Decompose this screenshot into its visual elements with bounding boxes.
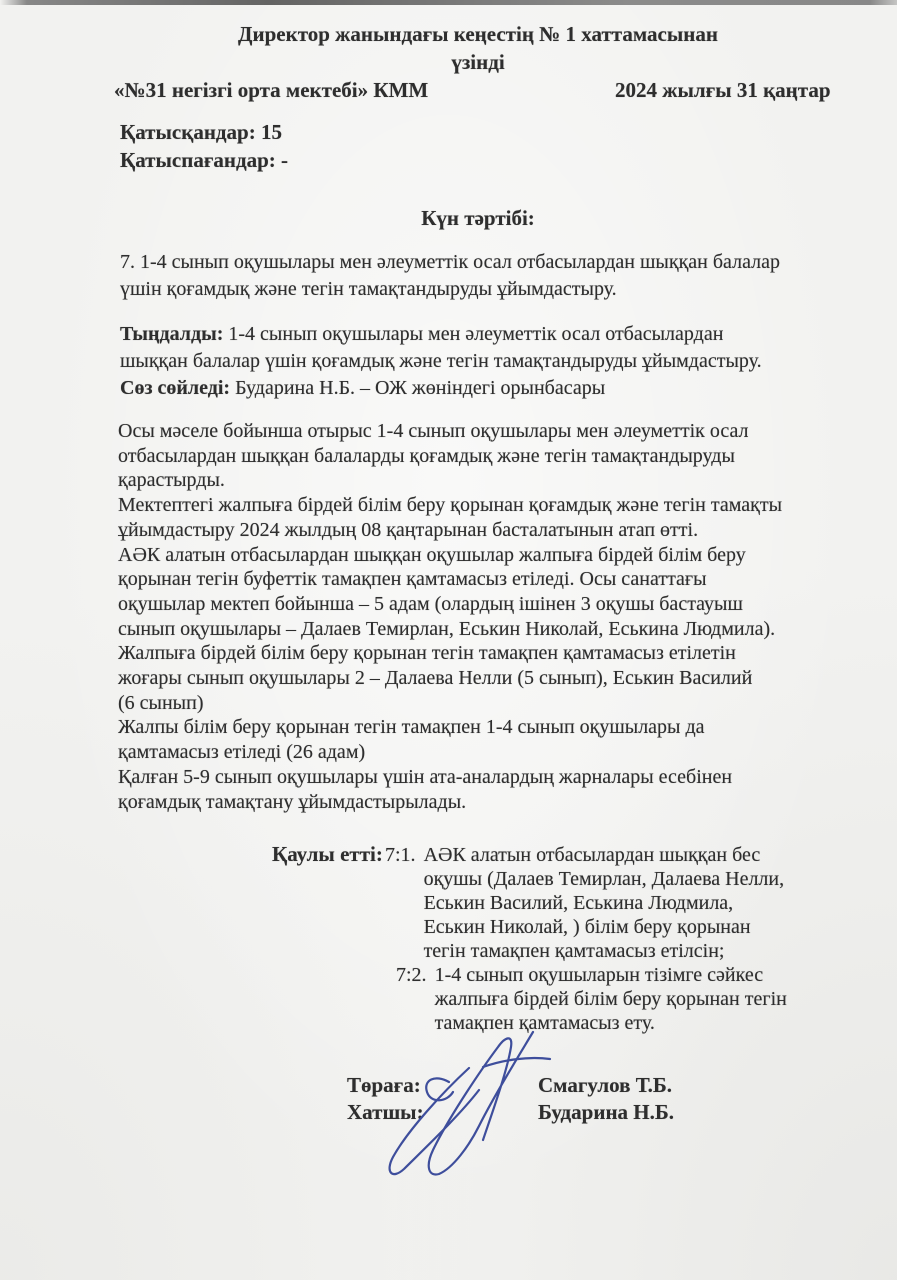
- agenda-item: 7. 1-4 сынып оқушылары мен әлеуметтік ос…: [120, 249, 780, 303]
- resolution-item-number: 7:2.: [396, 963, 427, 987]
- speaker-name: Бударина Н.Б. – ОЖ жөніндегі орынбасары: [235, 377, 605, 399]
- resolution-line: оқушы (Далаев Темирлан, Далаева Нелли,: [424, 867, 785, 891]
- agenda-item-line: 7. 1-4 сынып оқушылары мен әлеуметтік ос…: [120, 249, 780, 276]
- agenda-item-line: үшін қоғамдық және тегін тамақтандыруды …: [120, 276, 780, 303]
- discussion-line: оқушылар мектеп бойынша – 5 адам (оларды…: [118, 592, 782, 617]
- resolution-item-number: 7:1.: [385, 843, 416, 867]
- discussion-line: (6 сынып): [118, 691, 782, 716]
- discussion-line: қарастырды.: [118, 468, 782, 493]
- discussion-line: Жалпыға бірдей білім беру қорынан тегін …: [118, 641, 782, 666]
- resolution-line: 1-4 сынып оқушыларын тізімге сәйкес: [435, 963, 787, 987]
- agenda-heading: Күн тәртібі:: [120, 206, 836, 231]
- discussion-line: Қалған 5-9 сынып оқушылары үшін ата-анал…: [118, 765, 782, 790]
- discussion-line: Мектептегі жалпыға бірдей білім беру қор…: [118, 493, 782, 518]
- excerpt-subtitle: үзінді: [120, 50, 836, 75]
- heard-paragraph: Тыңдалды: 1-4 сынып оқушылары мен әлеуме…: [120, 321, 762, 402]
- resolution-line: тегін тамақпен қамтамасыз етілсін;: [424, 939, 785, 963]
- resolution-line: Еськин Василий, Еськина Людмила,: [424, 891, 785, 915]
- resolution-label: Қаулы етті:: [272, 842, 383, 867]
- discussion-line: жоғары сынып оқушылары 2 – Далаева Нелли…: [118, 666, 782, 691]
- attended-count: Қатысқандар: 15: [120, 120, 282, 145]
- discussion-line: қоғамдық тамақтану ұйымдастырылады.: [118, 790, 782, 815]
- resolution-line: АӘК алатын отбасылардан шыққан бес: [424, 843, 785, 867]
- meeting-date: 2024 жылғы 31 қаңтар: [615, 78, 831, 103]
- discussion-line: қамтамасыз етіледі (26 адам): [118, 740, 782, 765]
- secretary-name: Бударина Н.Б.: [538, 1099, 674, 1126]
- absent-count: Қатыспағандар: -: [120, 148, 288, 173]
- heard-line: шыққан балалар үшін қоғамдық және тегін …: [120, 348, 762, 375]
- discussion-line: ұйымдастыру 2024 жылдың 08 қаңтарынан ба…: [118, 518, 782, 543]
- discussion-line: АӘК алатын отбасылардан шыққан оқушылар …: [118, 543, 782, 568]
- signature-mark: [383, 1022, 558, 1182]
- resolution-line: жалпыға бірдей білім беру қорынан тегін: [435, 987, 787, 1011]
- resolution-line: Еськин Николай, ) білім беру қорынан: [424, 915, 785, 939]
- scan-edge-artifact: [0, 0, 897, 5]
- discussion-line: отбасылардан шыққан балаларды қоғамдық ж…: [118, 444, 782, 469]
- discussion-line: қорынан тегін буфеттік тамақпен қамтамас…: [118, 567, 782, 592]
- heard-line: Тыңдалды: 1-4 сынып оқушылары мен әлеуме…: [120, 321, 762, 348]
- heard-label: Тыңдалды:: [120, 323, 223, 345]
- discussion-line: Жалпы білім беру қорынан тегін тамақпен …: [118, 715, 782, 740]
- heard-line: Сөз сөйледі: Бударина Н.Б. – ОЖ жөніндег…: [120, 375, 762, 402]
- discussion-block: Осы мәселе бойынша отырыс 1-4 сынып оқуш…: [118, 419, 782, 814]
- org-name: «№31 негізгі орта мектебі» КММ: [114, 78, 428, 103]
- chairman-name: Смагулов Т.Б.: [538, 1072, 672, 1099]
- heard-line-rest: 1-4 сынып оқушылары мен әлеуметтік осал …: [228, 323, 723, 345]
- discussion-line: Осы мәселе бойынша отырыс 1-4 сынып оқуш…: [118, 419, 782, 444]
- scanned-document-page: Директор жанындағы кеңестің № 1 хаттамас…: [0, 0, 897, 1280]
- document-title: Директор жанындағы кеңестің № 1 хаттамас…: [120, 22, 836, 47]
- resolution-item: 7:1. АӘК алатын отбасылардан шыққан бес …: [385, 843, 784, 963]
- discussion-line: сынып оқушылары – Далаев Темирлан, Еськи…: [118, 617, 782, 642]
- speaker-label: Сөз сөйледі:: [120, 377, 230, 399]
